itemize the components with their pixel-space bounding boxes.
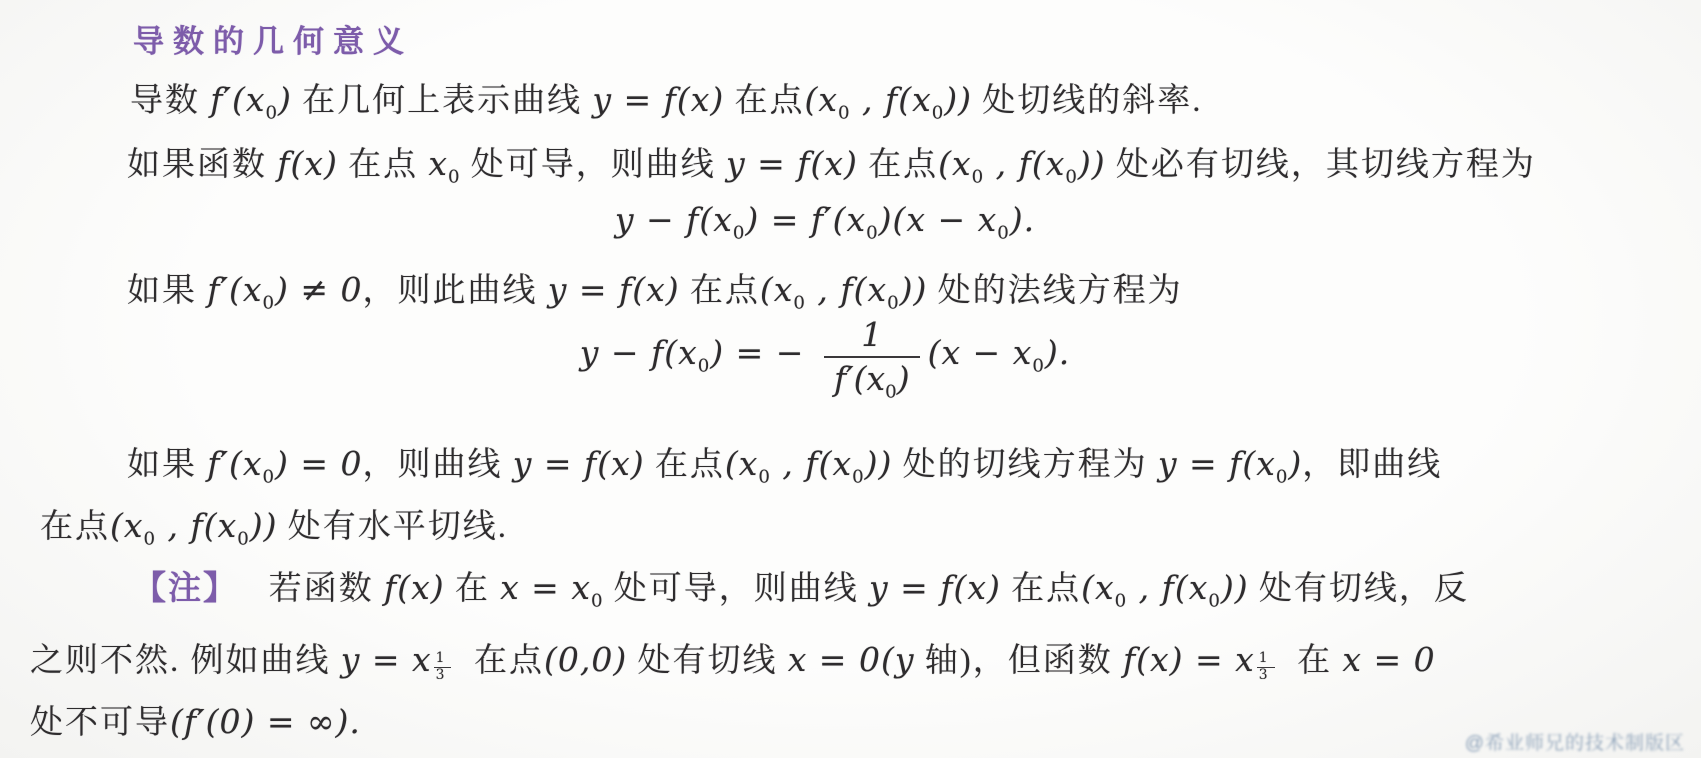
subscript: 0: [448, 167, 461, 188]
subscript: 0: [852, 467, 865, 488]
text-run: 在点: [40, 509, 110, 545]
subscript: 0: [1032, 355, 1045, 376]
math-run: x = 0(y: [788, 640, 915, 679]
text-run: 处有切线，反: [1249, 571, 1469, 607]
text-run: 处必有切线，其切线方程为: [1106, 147, 1536, 183]
text-run: 处不可导: [30, 705, 170, 741]
text-run: 在点: [645, 447, 725, 483]
note-line-3: 处不可导(f′(0) = ∞).: [30, 702, 361, 743]
note-line-2: 之则不然. 例如曲线 y = x13 在点(0,0) 处有切线 x = 0(y …: [30, 640, 1436, 684]
math-run: f′(x0): [210, 80, 292, 119]
subscript: 0: [932, 103, 945, 124]
subscript: 0: [733, 223, 746, 244]
fraction: 1f′(x0): [824, 318, 920, 401]
math-run: y = f(x): [726, 144, 858, 183]
text-run: 处可导，则曲线: [603, 571, 869, 607]
equation-normal: y − f(x0) = − 1f′(x0)(x − x0).: [45, 318, 1605, 401]
subscript: 0: [262, 293, 275, 314]
math-run: y = f(x): [592, 80, 724, 119]
math-run: (x0 , f(x0)): [110, 506, 278, 545]
math-run: (x0 , f(x0)): [804, 80, 972, 119]
text-run: 在点: [680, 273, 760, 309]
subscript: 0: [887, 293, 900, 314]
text-run: 在点: [724, 83, 804, 119]
math-run: y − f(x0) = f′(x0)(x − x0).: [615, 200, 1035, 254]
text-run: 在几何上表示曲线: [292, 83, 593, 119]
page-title: 导数的几何意义: [133, 16, 413, 61]
para-slope: 导数 f′(x0) 在几何上表示曲线 y = f(x) 在点(x0 , f(x0…: [130, 80, 1203, 134]
subscript: 0: [1065, 167, 1078, 188]
subscript: 0: [972, 167, 985, 188]
math-run: (x0 , f(x0)): [725, 444, 893, 483]
text-run: 导数: [130, 83, 210, 119]
superscript-fraction: 13: [1257, 651, 1275, 684]
math-run: (f′(0) = ∞).: [170, 702, 361, 741]
text-run: 若函数: [238, 571, 384, 607]
text-run: 处有切线: [627, 643, 788, 679]
math-run: y = f(x): [869, 568, 1001, 607]
equation-tangent: y − f(x0) = f′(x0)(x − x0).: [45, 200, 1605, 254]
text-run: 在: [1277, 643, 1343, 679]
denominator: f′(x0): [824, 356, 920, 402]
math-run: x = x0: [500, 568, 603, 607]
math-run: f′(x0) ≠ 0: [207, 270, 362, 309]
text-run: ，即曲线: [1302, 447, 1442, 483]
para-horizontal-tangent-cont: 在点(x0 , f(x0)) 处有水平切线.: [40, 506, 508, 560]
text-run: 如果: [127, 273, 207, 309]
subscript: 0: [262, 467, 275, 488]
watermark: @希业师兄的技术制版区: [1465, 728, 1685, 755]
subscript: 0: [997, 223, 1010, 244]
subscript: 0: [265, 103, 278, 124]
superscript-fraction: 13: [434, 651, 452, 684]
text-run: 在点: [453, 643, 544, 679]
note-label: 【注】: [133, 571, 238, 607]
math-run: y = f(x): [513, 444, 645, 483]
text-run: 处有水平切线.: [278, 509, 509, 545]
text-run: ，则曲线: [363, 447, 513, 483]
math-run: f(x): [277, 144, 338, 183]
math-run: (x − x0).: [928, 333, 1071, 387]
math-run: f(x) = x: [1123, 640, 1255, 679]
textbook-page: 导数的几何意义 导数 f′(x0) 在几何上表示曲线 y = f(x) 在点(x…: [0, 0, 1701, 758]
text-run: 在: [445, 571, 501, 607]
text-run: 之则不然. 例如曲线: [30, 643, 341, 679]
subscript: 0: [237, 529, 250, 550]
note-line-1: 【注】 若函数 f(x) 在 x = x0 处可导，则曲线 y = f(x) 在…: [133, 568, 1469, 622]
text-run: 处的切线方程为: [892, 447, 1158, 483]
para-normal-condition: 如果 f′(x0) ≠ 0，则此曲线 y = f(x) 在点(x0 , f(x0…: [127, 270, 1183, 324]
text-run: 处的法线方程为: [927, 273, 1182, 309]
subscript: 0: [1115, 591, 1128, 612]
subscript: 0: [144, 529, 157, 550]
text-run: 如果: [127, 447, 207, 483]
text-run: 处可导，则曲线: [461, 147, 727, 183]
subscript: 0: [591, 591, 604, 612]
math-run: f(x): [384, 568, 445, 607]
numerator: 1: [436, 651, 450, 667]
math-run: (x0 , f(x0)): [1081, 568, 1249, 607]
math-run: (x0 , f(x0)): [760, 270, 928, 309]
text-run: 如果函数: [127, 147, 277, 183]
subscript: 0: [838, 103, 851, 124]
math-run: x0: [428, 144, 460, 183]
text-run: 在点: [338, 147, 429, 183]
math-run: (x0 , f(x0)): [938, 144, 1106, 183]
subscript: 0: [1276, 467, 1289, 488]
subscript: 0: [885, 381, 897, 402]
subscript: 0: [758, 467, 771, 488]
para-horizontal-tangent: 如果 f′(x0) = 0，则曲线 y = f(x) 在点(x0 , f(x0)…: [127, 444, 1442, 498]
math-run: f′(x0) = 0: [207, 444, 362, 483]
text-run: 在点: [858, 147, 938, 183]
denominator: 3: [434, 667, 452, 684]
subscript: 0: [866, 223, 879, 244]
math-run: y = x: [341, 640, 432, 679]
math-run: y = f(x0): [1158, 444, 1302, 483]
text-run: 在点: [1001, 571, 1081, 607]
numerator: 1: [847, 318, 896, 356]
math-run: (0,0): [544, 640, 627, 679]
subscript: 0: [698, 355, 711, 376]
text-run: 轴)，但函数: [914, 643, 1123, 679]
para-tangent-condition: 如果函数 f(x) 在点 x0 处可导，则曲线 y = f(x) 在点(x0 ,…: [127, 144, 1536, 198]
math-run: x = 0: [1342, 640, 1435, 679]
numerator: 1: [1259, 651, 1273, 667]
denominator: 3: [1257, 667, 1275, 684]
subscript: 0: [1208, 591, 1221, 612]
math-run: y = f(x): [548, 270, 680, 309]
text-run: ，则此曲线: [363, 273, 548, 309]
text-run: 处切线的斜率.: [972, 83, 1203, 119]
math-run: y − f(x0) = −: [580, 333, 816, 387]
subscript: 0: [793, 293, 806, 314]
